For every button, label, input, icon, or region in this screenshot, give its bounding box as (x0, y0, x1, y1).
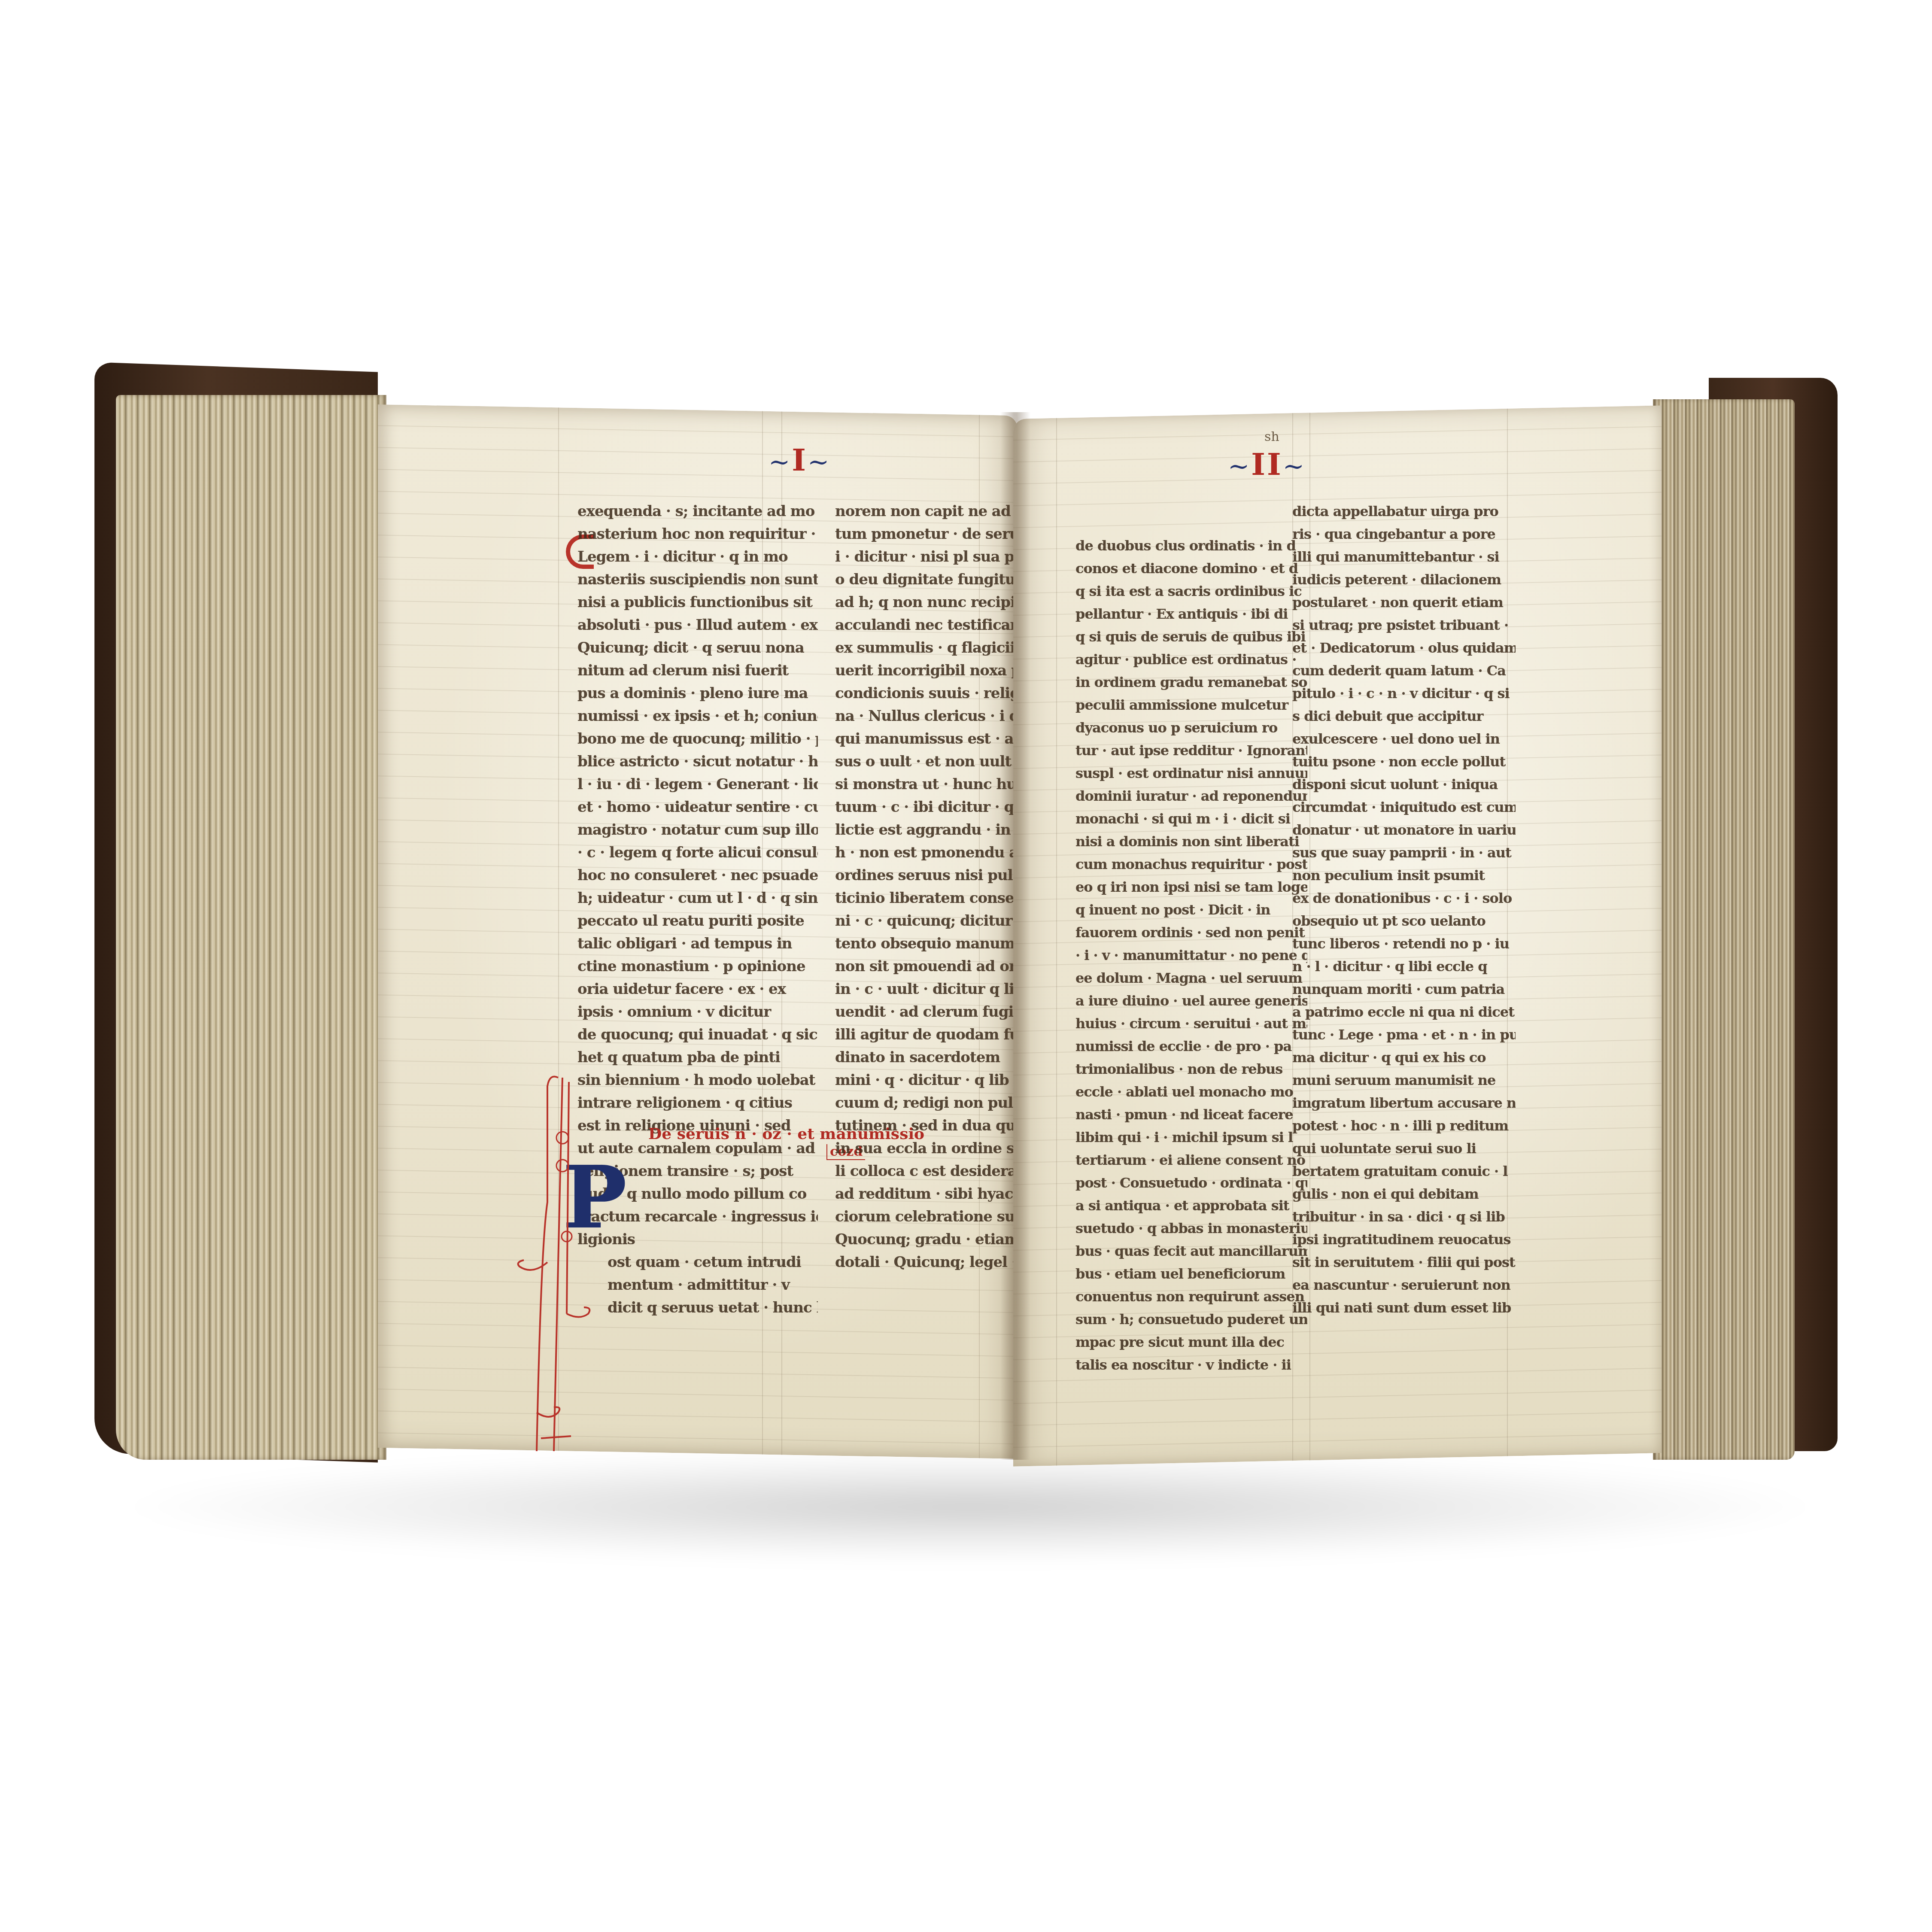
text-line: q si ita est a sacris ordinibus ic (1075, 580, 1307, 603)
text-line: circumdat · iniquitudo est cum (1292, 796, 1516, 819)
text-line: et · Dedicatorum · olus quidam (1292, 637, 1516, 659)
text-line: het q quatum pba de pinti (577, 1046, 818, 1069)
text-line: II (1251, 447, 1283, 482)
text-line: ea nascuntur · seruierunt non (1292, 1274, 1516, 1297)
text-line: dotali · Quicunq; legel · i dice (835, 1251, 1015, 1274)
text-line: intrare religionem · q citius (577, 1092, 818, 1115)
text-line: bus · quas fecit aut mancillarum (1075, 1240, 1307, 1263)
left-running-head: ~I~ (769, 442, 831, 478)
text-line: exequenda · s; incitante ad mo (577, 500, 818, 523)
text-line: lictie est aggrandu · in · dici (835, 819, 1015, 841)
text-line: ee dolum · Magna · uel seruum (1075, 967, 1307, 990)
text-line: Quicunq; dicit · q seruu nona (577, 637, 818, 659)
text-line: tunc · Lege · pma · et · n · in pu (1292, 1024, 1516, 1046)
text-line: post · Consuetudo · ordinata · qui (1075, 1172, 1307, 1194)
text-line: blice astricto · sicut notatur · h · (577, 750, 818, 773)
text-line: n · l · dicitur · q libi eccle q (1292, 955, 1516, 978)
text-line: de quocunq; qui inuadat · q sic (577, 1024, 818, 1046)
text-line: tutinem · sed in dua quam (835, 1115, 1015, 1137)
text-line: · i · v · manumittatur · no pene quia (1075, 944, 1307, 967)
text-line: numissi de ecclie · de pro · pa (1075, 1035, 1307, 1058)
text-line: h; uideatur · cum ut l · d · q sine (577, 887, 818, 910)
text-line: ost quam · cetum intrudi (577, 1251, 818, 1274)
text-line: tunc liberos · retendi no p · iu (1292, 933, 1516, 955)
text-line: sin biennium · h modo uolebat (577, 1069, 818, 1092)
text-line: peculii ammissione mulcetur (1075, 694, 1307, 717)
text-line: si utraq; pre psistet tribuant · (1292, 614, 1516, 637)
text-line: ipsis · omnium · v dicitur (577, 1001, 818, 1024)
text-line: dyaconus uo p seruicium ro (1075, 717, 1307, 739)
text-line: muni seruum manumisit ne (1292, 1069, 1516, 1092)
text-line: sit in seruitutem · filii qui post (1292, 1251, 1516, 1274)
left-page-edges (116, 395, 386, 1460)
text-line: Quocunq; gradu · etiam sic (835, 1228, 1015, 1251)
text-line: tum pmonetur · de seruos (835, 523, 1015, 546)
text-line: nisi a publicis functionibus sit (577, 591, 818, 614)
text-line: conos et diacone domino · et d (1075, 557, 1307, 580)
text-line: ma dicitur · q qui ex his co (1292, 1046, 1516, 1069)
text-line: ex summulis · q flagicii mili du (835, 637, 1015, 659)
text-line: q inuent no post · Dicit · in (1075, 899, 1307, 921)
text-line: I (792, 442, 808, 478)
text-line: bus · etiam uel beneficiorum (1075, 1263, 1307, 1285)
text-line: illi qui manumittebantur · si (1292, 546, 1516, 568)
text-line: tribuitur · in sa · dici · q si lib (1292, 1206, 1516, 1228)
text-line: pellantur · Ex antiquis · ibi di (1075, 603, 1307, 626)
text-line: monachi · si qui m · i · dicit si (1075, 808, 1307, 830)
right-page-edges (1653, 399, 1795, 1460)
text-line: condicionis suuis · religione mo (835, 682, 1015, 705)
text-line: ris · qua cingebantur a pore (1292, 523, 1516, 546)
text-line: talis ea noscitur · v indicte · ii (1075, 1354, 1307, 1376)
text-line: gulis · non ei qui debitam (1292, 1183, 1516, 1206)
text-line: hoc no consuleret · nec psuaderet (577, 864, 818, 887)
text-line: cuum d; redigi non pul (835, 1092, 1015, 1115)
text-line: qui manumissus est · admitt (835, 728, 1015, 750)
text-line: o deu dignitate fungitur p (835, 568, 1015, 591)
text-line: mini · q · dicitur · q lib (835, 1069, 1015, 1092)
text-line: non sit pmouendi ad ordin (835, 955, 1015, 978)
text-line: ad h; q non nunc recipit · eccle (835, 591, 1015, 614)
right-running-head: ~II~ (1228, 447, 1306, 482)
text-line: postularet · non querit etiam (1292, 591, 1516, 614)
text-line: exulcescere · uel dono uel in (1292, 728, 1516, 750)
text-line: numissi · ex ipsis · et h; coniungit (577, 705, 818, 728)
text-line: i · dicitur · nisi pl sua pmanent c (835, 546, 1015, 568)
text-line: a iure diuino · uel auree generis (1075, 990, 1307, 1012)
text-line: cum monachus requiritur · post (1075, 853, 1307, 876)
text-line: talic obligari · ad tempus in (577, 933, 818, 955)
text-line: in · c · uult · dicitur q lib (835, 978, 1015, 1001)
text-line: ticinio liberatem consequatur (835, 887, 1015, 910)
blue-flourish-right: ~ (1283, 451, 1306, 481)
text-line: in sua eccla in ordine sacer (835, 1137, 1015, 1160)
penwork-flourish (507, 1073, 610, 1451)
book-shadow (112, 1451, 1829, 1563)
text-line: peccato ul reatu puriti posite (577, 910, 818, 933)
text-line: dicit q seruus uetat · hunc ho (577, 1297, 818, 1319)
text-line: bertatem gratuitam conuic · l (1292, 1160, 1516, 1183)
text-line: pitulo · i · c · n · v dicitur · q si (1292, 682, 1516, 705)
text-line: nunquam moriti · cum patria (1292, 978, 1516, 1001)
text-line: suetudo · q abbas in monasteriu (1075, 1217, 1307, 1240)
text-line: Legem · i · dicitur · q in mo (577, 546, 818, 568)
margin-rule (1056, 418, 1057, 1466)
text-line: suspl · est ordinatur nisi annuum (1075, 762, 1307, 785)
left-page-column-b: norem non capit ne ad sacer tum pmonetur… (835, 500, 1015, 1274)
text-line: nitum ad clerum nisi fuerit (577, 659, 818, 682)
text-line: oria uidetur facere · ex · ex (577, 978, 818, 1001)
text-line: uendit · ad clerum fugit (835, 1001, 1015, 1024)
text-line: non peculium insit psumit (1292, 864, 1516, 887)
text-line: dominii iuratur · ad reponendum (1075, 785, 1307, 808)
text-line: uerit incorrigibil noxa pcu (835, 659, 1015, 682)
text-line: ipsi ingratitudinem reuocatus (1292, 1228, 1516, 1251)
text-line: ni · c · quicunq; dicitur q non (835, 910, 1015, 933)
text-line: in ordinem gradu remanebat sola (1075, 671, 1307, 694)
text-line: acculandi nec testificandi (835, 614, 1015, 637)
right-page-column-b: dicta appellabatur uirga pro ris · qua c… (1292, 500, 1516, 1319)
text-line: nasterium hoc non requiritur · (577, 523, 818, 546)
text-line: nasteriis suscipiendis non sunt (577, 568, 818, 591)
text-line: sus o uult · et non uult (835, 750, 1015, 773)
text-line: de duobus clus ordinatis · in d (1075, 535, 1307, 557)
blue-flourish-left: ~ (769, 447, 792, 477)
text-line: tento obsequio manumissus (835, 933, 1015, 955)
text-line: potest · hoc · n · illi p reditum (1292, 1115, 1516, 1137)
text-line: mpac pre sicut munt illa dec (1075, 1331, 1307, 1354)
text-line: qui uoluntate serui suo li (1292, 1137, 1516, 1160)
text-line: li colloca c est desiderat nondu (835, 1160, 1015, 1183)
text-line: tur · aut ipse redditur · Ignorant (1075, 739, 1307, 762)
text-line: s dici debuit que accipitur (1292, 705, 1516, 728)
text-line: nisi a dominis non sint liberati (1075, 830, 1307, 853)
text-line: ordines seruus nisi pul ab (835, 864, 1015, 887)
text-line: sum · h; consuetudo puderet uni (1075, 1308, 1307, 1331)
text-line: l · iu · di · legem · Generant · lic; (577, 773, 818, 796)
text-line: eo q iri non ipsi nisi se tam loge (1075, 876, 1307, 899)
text-line: disponi sicut uolunt · iniqua (1292, 773, 1516, 796)
text-line: eccle · ablati uel monacho mo (1075, 1081, 1307, 1103)
blue-flourish-left: ~ (1228, 451, 1251, 481)
text-line: iudicis peterent · dilacionem (1292, 568, 1516, 591)
book-gutter (1000, 412, 1030, 1460)
text-line: h · non est pmonendu ad (835, 841, 1015, 864)
text-line: mentum · admittitur · v (577, 1274, 818, 1297)
text-line: huius · circum · seruitui · aut ma (1075, 1012, 1307, 1035)
text-line: sus que suay pamprii · in · aut (1292, 841, 1516, 864)
text-line: cum dederit quam latum · Ca (1292, 659, 1516, 682)
text-line: ex de donationibus · c · i · solo (1292, 887, 1516, 910)
text-line: ciorum celebratione suscep (835, 1206, 1015, 1228)
text-line: absoluti · pus · Illud autem · ex (577, 614, 818, 637)
text-line: tuitu psone · non eccle pollut (1292, 750, 1516, 773)
text-line: dinato in sacerdotem (835, 1046, 1015, 1069)
text-line: illi qui nati sunt dum esset lib (1292, 1297, 1516, 1319)
text-line: na · Nullus clericus · i dicitur (835, 705, 1015, 728)
text-line: bono me de quocunq; militio · pu (577, 728, 818, 750)
text-line: libim qui · i · michil ipsum si l (1075, 1126, 1307, 1149)
text-line: agitur · publice est ordinatus · (1075, 648, 1307, 671)
text-line: donatur · ut monatore in uariu (1292, 819, 1516, 841)
text-line: imgratum libertum accusare no (1292, 1092, 1516, 1115)
text-line: fauorem ordinis · sed non penit (1075, 921, 1307, 944)
text-line: magistro · notatur cum sup illo (577, 819, 818, 841)
text-line: tertiarum · ei aliene consent no (1075, 1149, 1307, 1172)
text-line: q si quis de seruis de quibus ibi (1075, 626, 1307, 648)
text-line: et · homo · uideatur sentire · cu (577, 796, 818, 819)
text-line: trimonialibus · non de rebus (1075, 1058, 1307, 1081)
manuscript-photo: ~I~ exequenda · s; incitante ad mo naste… (0, 0, 1932, 1932)
text-line: dicta appellabatur uirga pro (1292, 500, 1516, 523)
text-line: ctine monastium · p opinione (577, 955, 818, 978)
text-line: si monstra ut · hunc hui (835, 773, 1015, 796)
text-line: conuentus non requirunt assen (1075, 1285, 1307, 1308)
text-line: pus a dominis · pleno iure ma (577, 682, 818, 705)
text-line: · c · legem q forte alicui consulen (577, 841, 818, 864)
text-line: tuum · c · ibi dicitur · q (835, 796, 1015, 819)
text-line: nasti · pmun · nd liceat facere (1075, 1103, 1307, 1126)
text-line: illi agitur de quodam fuit (835, 1024, 1015, 1046)
text-line: norem non capit ne ad sacer (835, 500, 1015, 523)
blue-flourish-right: ~ (808, 447, 831, 477)
text-line: a si antiqua · et approbata sit (1075, 1194, 1307, 1217)
right-page-column-a: de duobus clus ordinatis · in d conos et… (1075, 535, 1307, 1376)
text-line: a patrimo eccle ni qua ni dicet (1292, 1001, 1516, 1024)
text-line: obsequio ut pt sco uelanto (1292, 910, 1516, 933)
folio-annotation: sh (1264, 429, 1279, 444)
text-line: ad redditum · sibi hyac fig (835, 1183, 1015, 1206)
